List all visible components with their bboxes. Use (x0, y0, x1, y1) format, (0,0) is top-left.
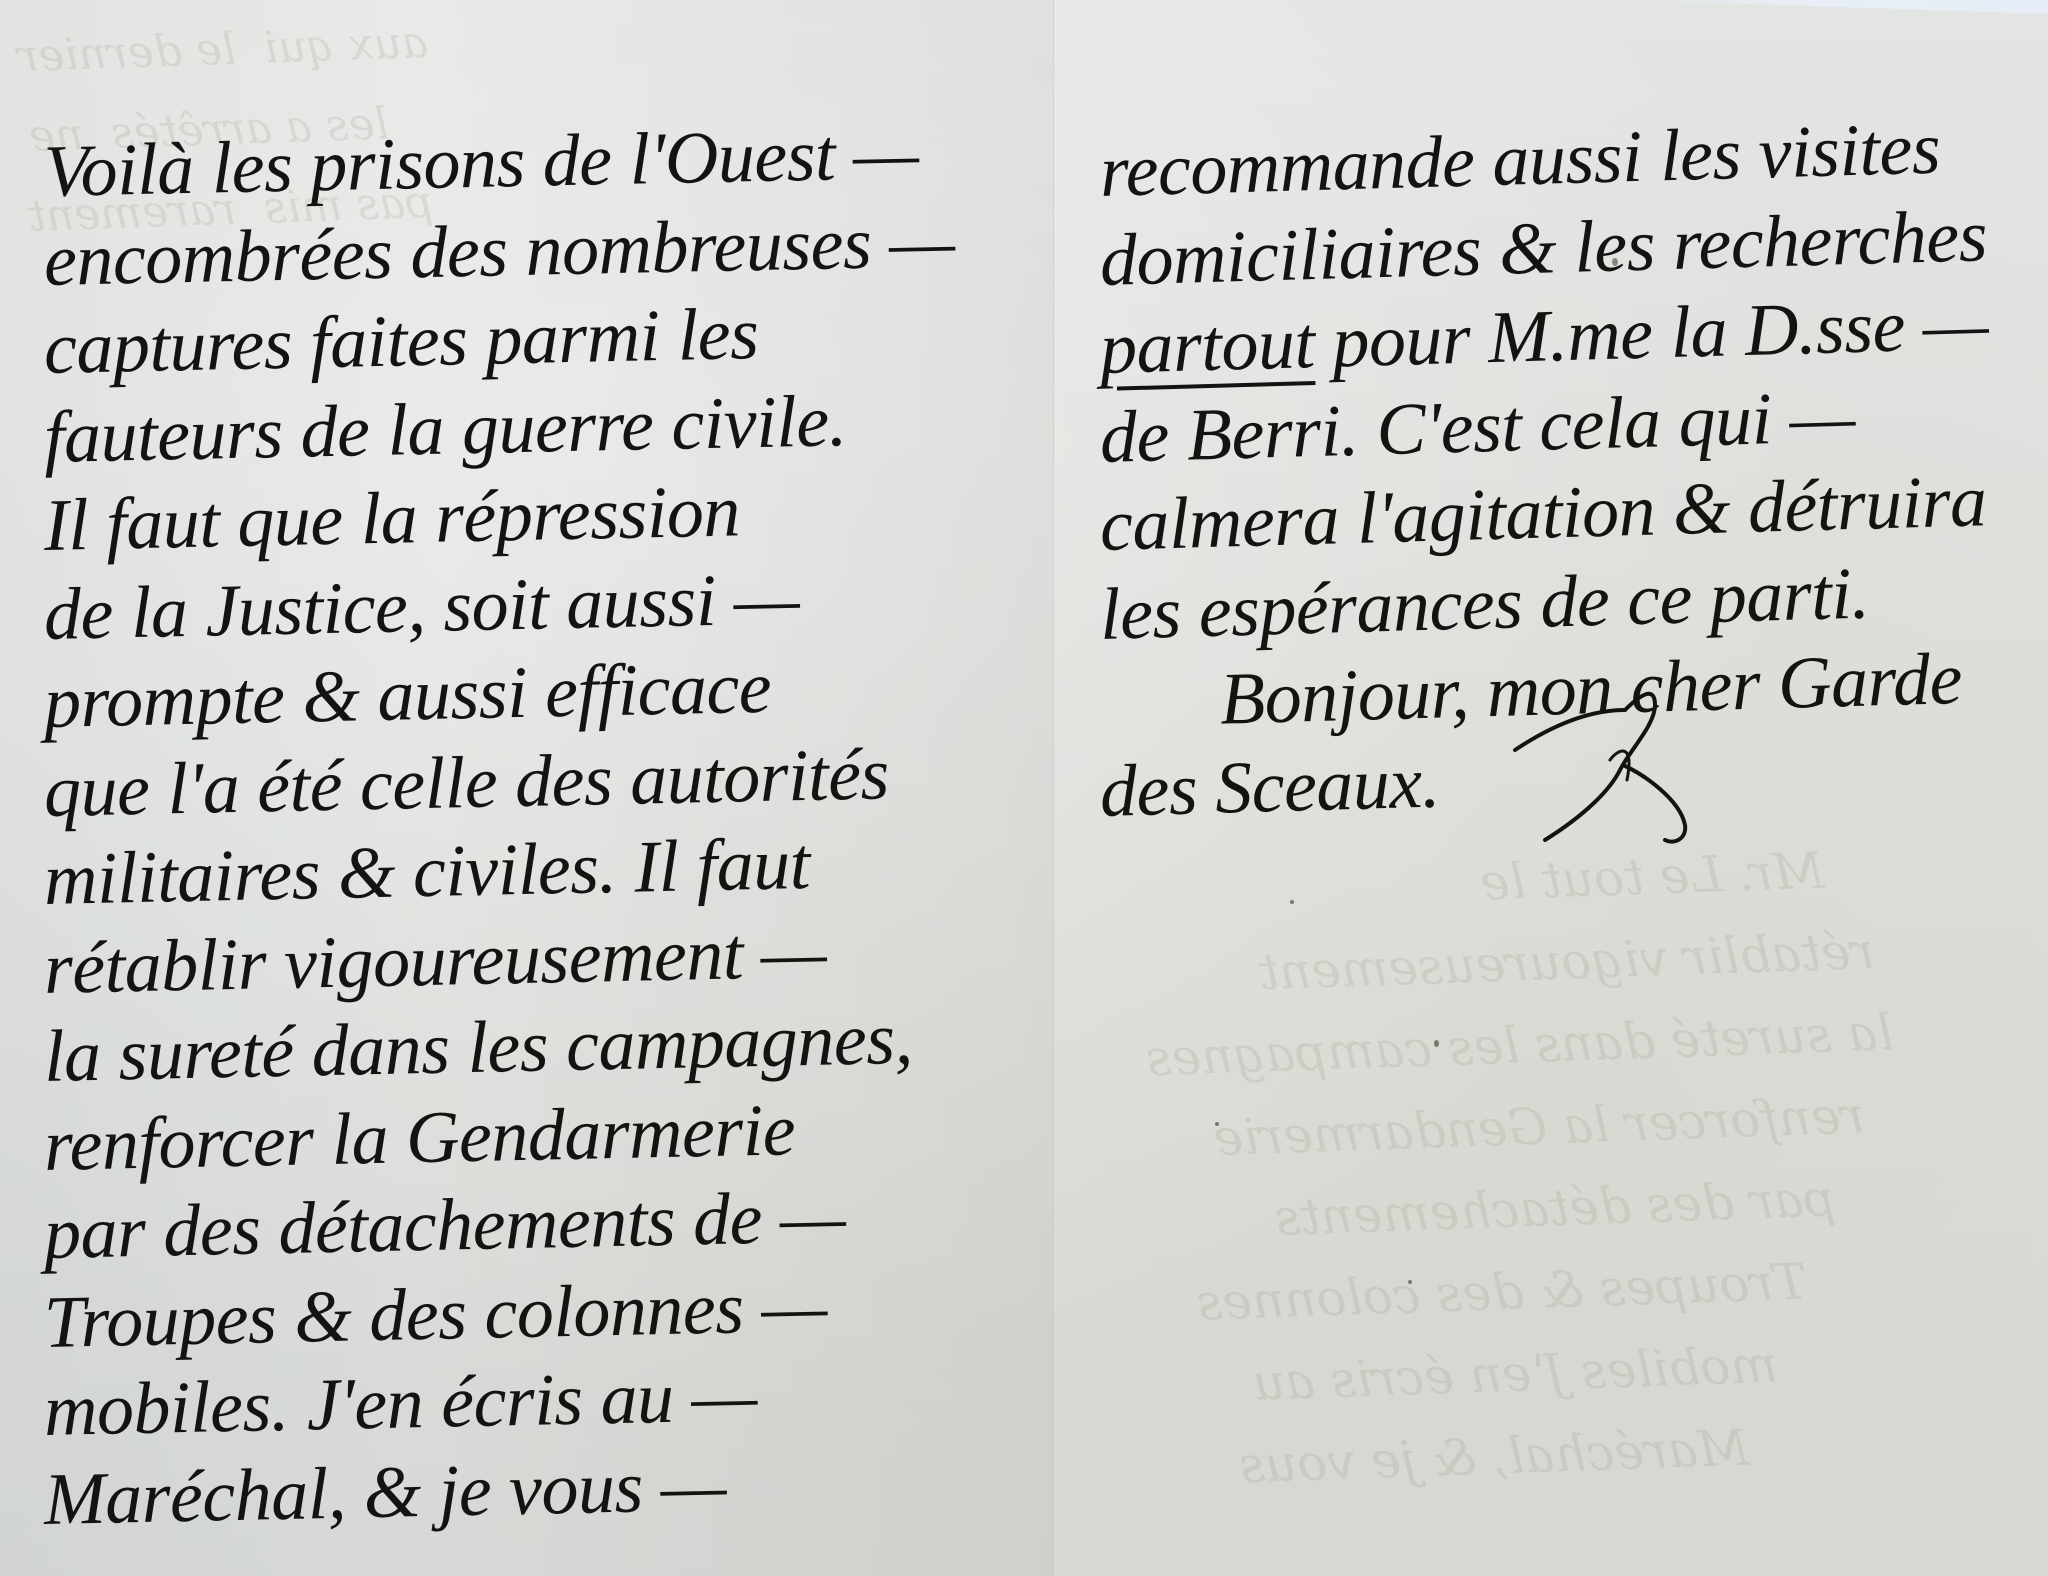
paper-speck (1434, 1040, 1439, 1047)
bleed-through-text-right: Mr. Le tout le rétablir vigoureusement l… (1139, 827, 1925, 1509)
paper-speck (1290, 900, 1294, 904)
underlined-word: partout (1099, 302, 1316, 390)
paper-speck (1612, 258, 1618, 266)
page-fold-line (1052, 0, 1055, 1576)
text-line-rest: pour M.me la D.sse — (1313, 283, 1989, 384)
signature-paraph-icon (1505, 690, 1725, 850)
paper-speck (1408, 1280, 1412, 1284)
paper-speck (1215, 1122, 1219, 1126)
left-page-text: Voilà les prisons de l'Ouest — encombrée… (44, 128, 1044, 1544)
background-corner (1628, 0, 2048, 14)
letter-photograph: aux qui le dernier les a arrêtés ne pas … (0, 0, 2048, 1576)
